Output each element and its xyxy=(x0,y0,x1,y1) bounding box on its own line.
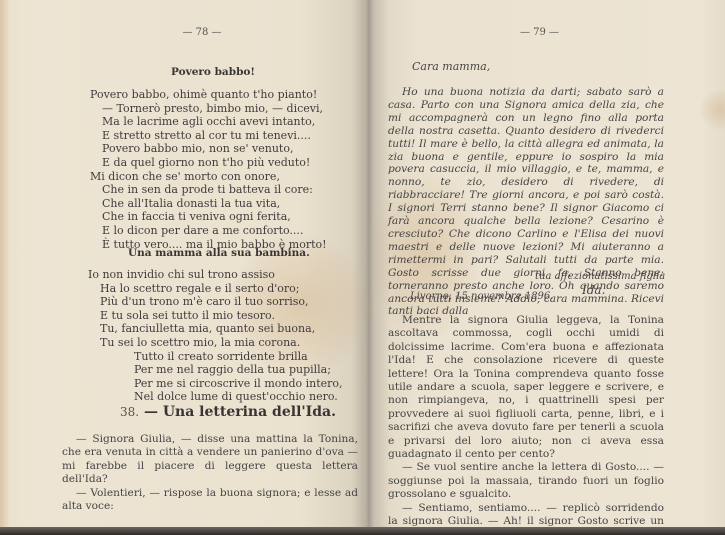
verse-line: Povero babbo, ohimè quanto t'ho pianto! xyxy=(90,88,327,102)
verse-line: Mi dicon che se' morto con onore, xyxy=(90,170,327,184)
verse-line: Nel dolce lume di quest'occhio nero. xyxy=(88,390,343,404)
page-number: — 79 — xyxy=(362,27,717,38)
book-spread: — 78 — Povero babbo! Povero babbo, ohimè… xyxy=(0,0,725,527)
verse-line: E lo dicon per dare a me conforto.... xyxy=(90,224,327,238)
verse-line: Io non invidio chi sul trono assiso xyxy=(88,268,343,282)
left-page: — 78 — Povero babbo! Povero babbo, ohimè… xyxy=(0,0,368,527)
letter-salutation: Cara mamma, xyxy=(412,60,490,73)
letter-body: Ho una buona notizia da darti; sabato sa… xyxy=(388,86,664,318)
book-bottom-edge xyxy=(0,527,725,535)
verse-line: Ha lo scettro regale e il serto d'oro; xyxy=(88,282,343,296)
verse-line: — Tornerò presto, bimbo mio, — dicevi, xyxy=(90,102,327,116)
verse-line: Che in sen da prode ti batteva il core: xyxy=(90,183,327,197)
verse-line: Per me si circoscrive il mondo intero, xyxy=(88,377,343,391)
verse-line: Che in faccia ti veniva ogni ferita, xyxy=(90,210,327,224)
verse-line: Ma le lacrime agli occhi avevi intanto, xyxy=(90,115,327,129)
verse-line: Tu, fanciulletta mia, quanto sei buona, xyxy=(88,322,343,336)
paragraph: — Volentieri, — rispose la buona signora… xyxy=(62,487,358,514)
verse-line: Per me nel raggio della tua pupilla; xyxy=(88,363,343,377)
page-number: — 78 — xyxy=(18,27,386,38)
chapter-title: — Una letterina dell'Ida. xyxy=(144,404,336,420)
poem-title: Povero babbo! xyxy=(171,66,255,78)
verse-line: Tutto il creato sorridente brilla xyxy=(88,350,343,364)
verse-line: E da quel giorno non t'ho più veduto! xyxy=(90,156,327,170)
chapter-number: 38. xyxy=(120,405,139,419)
verse-line: Più d'un trono m'è caro il tuo sorriso, xyxy=(88,295,343,309)
verse-line: E tu sola sei tutto il mio tesoro. xyxy=(88,309,343,323)
paragraph: Mentre la signora Giulia leggeva, la Ton… xyxy=(388,314,664,461)
chapter-text: Mentre la signora Giulia leggeva, la Ton… xyxy=(388,314,664,535)
paragraph: Ho una buona notizia da darti; sabato sa… xyxy=(388,86,664,318)
verse-line: Tu sei lo scettro mio, la mia corona. xyxy=(88,336,343,350)
right-page: — 79 — Cara mamma, Ho una buona notizia … xyxy=(370,0,725,527)
chapter-heading: 38. — Una letterina dell'Ida. xyxy=(120,404,336,420)
verse-line: Che all'Italia donasti la tua vita, xyxy=(90,197,327,211)
chapter-text: — Signora Giulia, — disse una mattina la… xyxy=(62,433,358,513)
poem-povero-babbo: Povero babbo, ohimè quanto t'ho pianto!—… xyxy=(90,88,327,251)
verse-line: E stretto stretto al cor tu mi tenevi...… xyxy=(90,129,327,143)
letter-place-date: Livorno, 15 novembre 1896. xyxy=(410,291,553,302)
poem-una-mamma: Io non invidio chi sul trono assisoHa lo… xyxy=(88,268,343,404)
verse-line: Povero babbo mio, non se' venuto, xyxy=(90,142,327,156)
poem-title: Una mamma alla sua bambina. xyxy=(128,247,310,259)
paragraph: — Signora Giulia, — disse una mattina la… xyxy=(62,433,358,487)
paragraph: — Se vuol sentire anche la lettera di Go… xyxy=(388,461,664,501)
letter-closing: tua affezionatissima figlia xyxy=(535,271,665,282)
letter-signature: Ida. xyxy=(582,283,605,297)
